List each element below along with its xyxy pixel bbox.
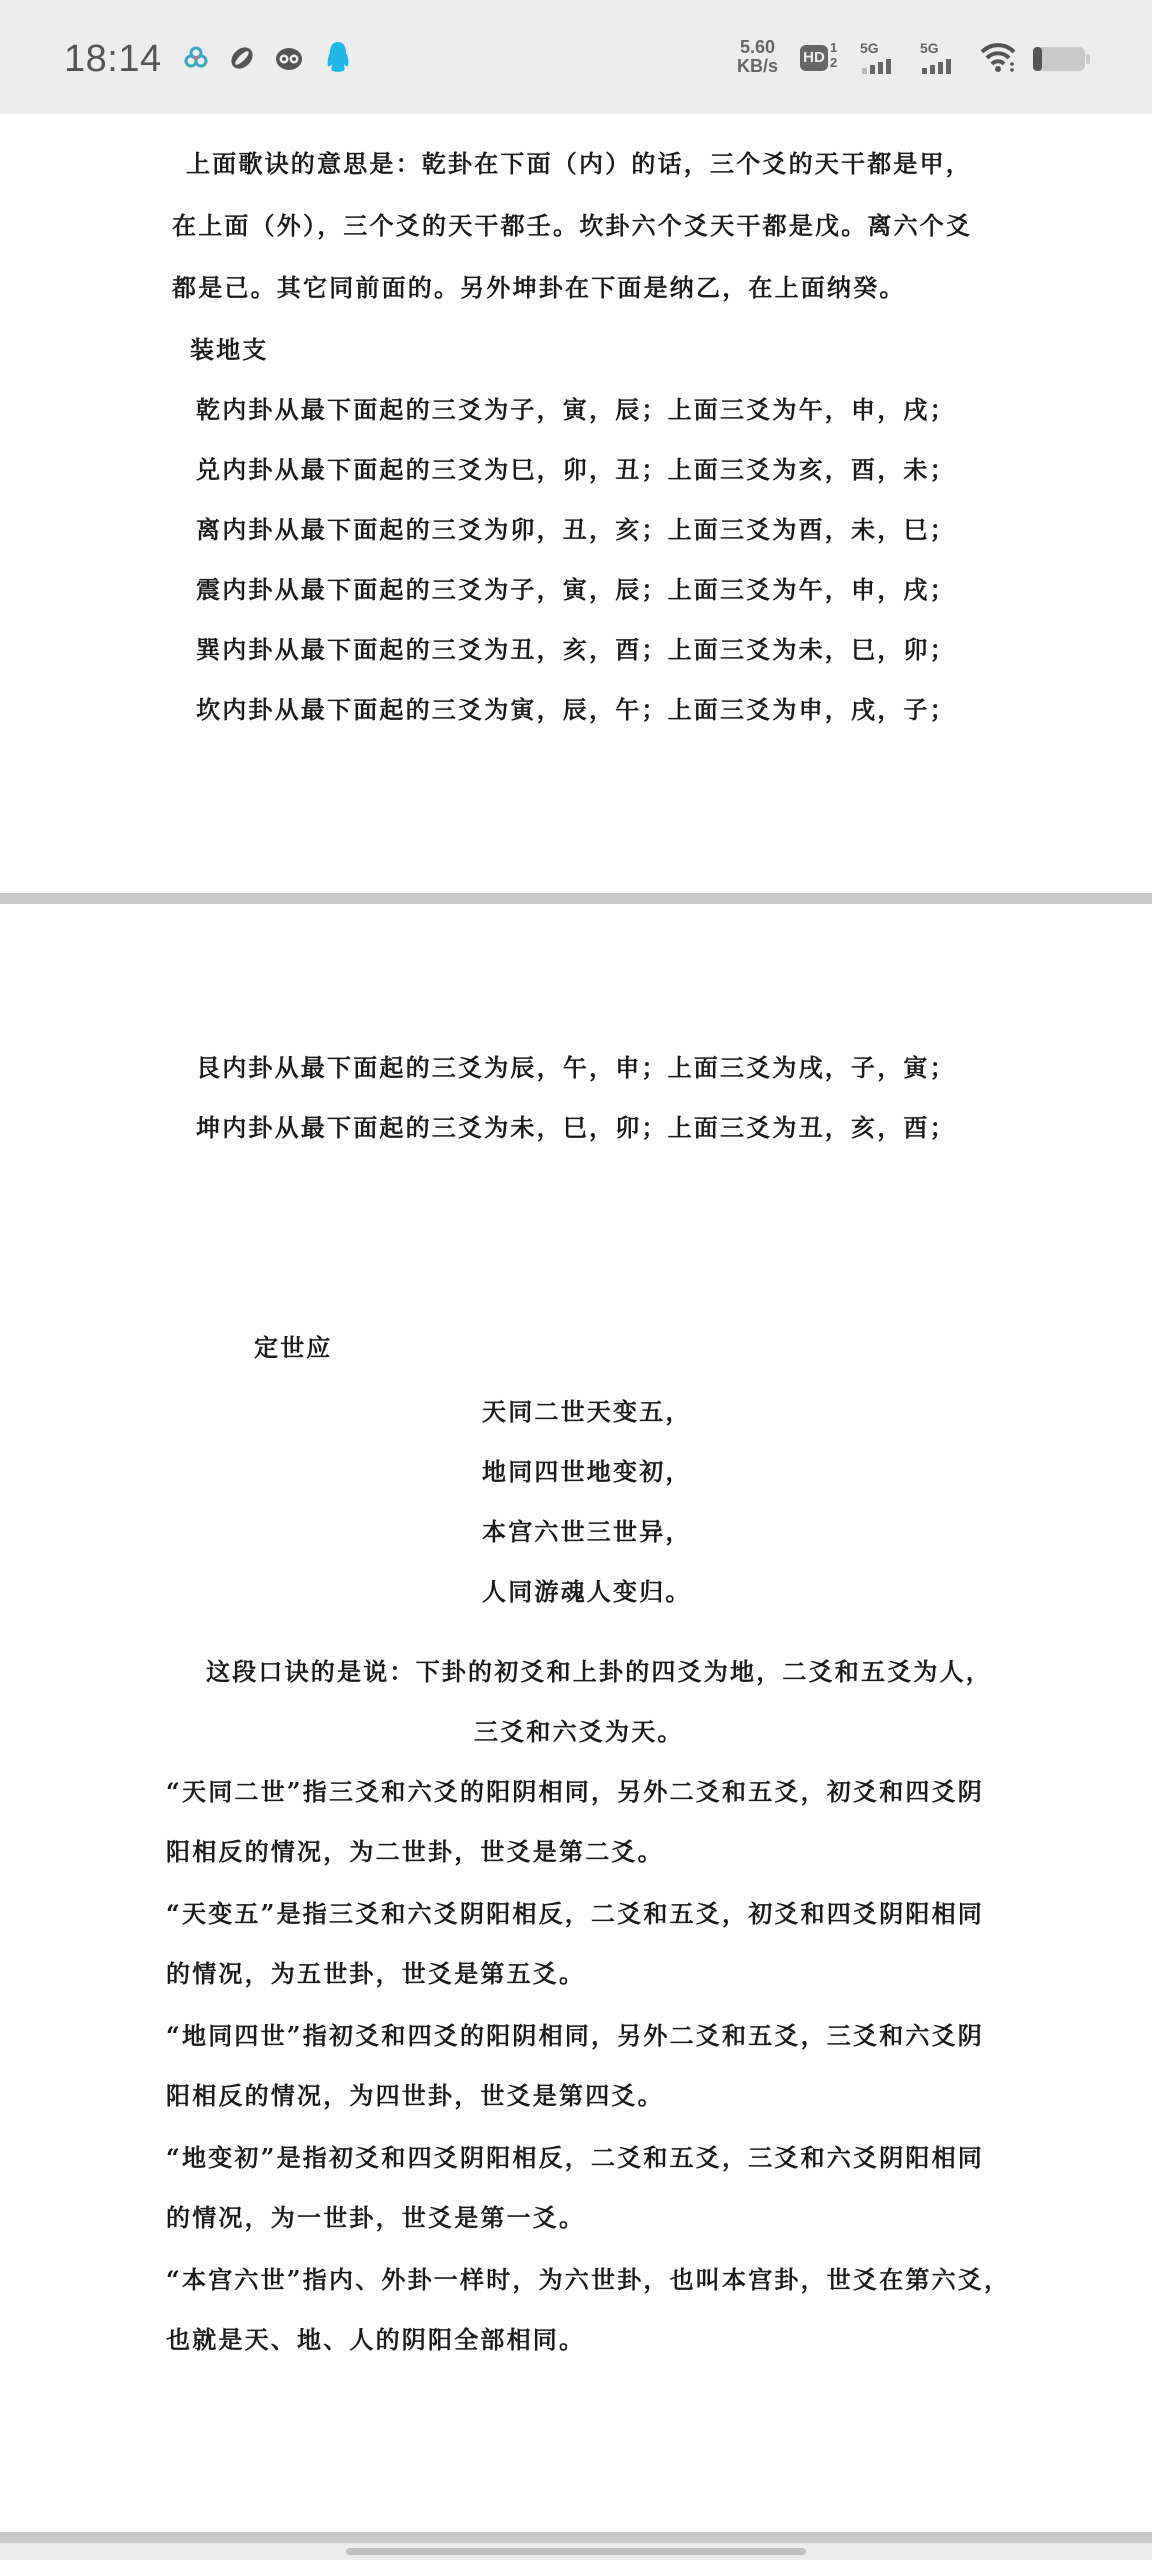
page-separator: [0, 2532, 1152, 2543]
sim2-signal-icon: 5G: [920, 40, 968, 74]
di-zhi-line: 震内卦从最下面起的三爻为子，寅，辰；上面三爻为午，申，戌；: [196, 570, 956, 605]
di-zhi-line: 乾内卦从最下面起的三爻为子，寅，辰；上面三爻为午，申，戌；: [196, 390, 956, 425]
explanation-line: 这段口诀的是说：下卦的初爻和上卦的四爻为地，二爻和五爻为人，: [206, 1652, 992, 1687]
sim2-label: 5G: [920, 40, 939, 56]
hd-sim-indicator: 1 2: [830, 40, 837, 70]
hd-volte-icon: HD: [800, 45, 828, 71]
net-speed-unit: KB/s: [737, 57, 778, 76]
definition-line: “本宫六世”指内、外卦一样时，为六世卦，也叫本宫卦，世爻在第六爻，: [166, 2260, 1010, 2295]
clock: 18:14: [64, 38, 162, 81]
verse-line: 地同四世地变初，: [482, 1452, 692, 1487]
paragraph-line: 都是己。其它同前面的。另外坤卦在下面是纳乙，在上面纳癸。: [172, 268, 906, 303]
definition-line: 阳相反的情况，为四世卦，世爻是第四爻。: [166, 2076, 664, 2111]
definition-line: “天同二世”指三爻和六爻的阳阴相同，另外二爻和五爻，初爻和四爻阴: [166, 1772, 984, 1807]
definition-line: “地变初”是指初爻和四爻阴阳相反，二爻和五爻，三爻和六爻阴阳相同: [166, 2138, 984, 2173]
document-page-1[interactable]: 上面歌诀的意思是：乾卦在下面（内）的话，三个爻的天干都是甲， 在上面（外），三个…: [0, 114, 1152, 893]
definition-line: 阳相反的情况，为二世卦，世爻是第二爻。: [166, 1832, 664, 1867]
definition-line: 的情况，为五世卦，世爻是第五爻。: [166, 1954, 585, 1989]
qq-penguin-icon: [324, 40, 352, 68]
section-heading-di-zhi: 装地支: [190, 330, 269, 365]
di-zhi-line: 离内卦从最下面起的三爻为卯，丑，亥；上面三爻为酉，未，巳；: [196, 510, 956, 545]
home-indicator[interactable]: [346, 2548, 806, 2555]
paragraph-line: 在上面（外），三个爻的天干都壬。坎卦六个爻天干都是戊。离六个爻: [172, 206, 972, 241]
di-zhi-line: 兑内卦从最下面起的三爻为巳，卯，丑；上面三爻为亥，酉，未；: [196, 450, 956, 485]
sim1-signal-icon: 5G: [860, 40, 908, 74]
document-page-2[interactable]: 艮内卦从最下面起的三爻为辰，午，申；上面三爻为戌，子，寅； 坤内卦从最下面起的三…: [0, 904, 1152, 2532]
network-speed: 5.60 KB/s: [737, 38, 778, 76]
definition-line: 的情况，为一世卦，世爻是第一爻。: [166, 2198, 585, 2233]
cloud-drive-icon: [182, 44, 210, 72]
page-separator: [0, 893, 1152, 904]
status-bar: 18:14 5.60 KB/s HD 1 2 5G 5G: [0, 0, 1152, 114]
explanation-line: 三爻和六爻为天。: [474, 1712, 684, 1747]
battery-icon: [1032, 46, 1092, 72]
definition-line: “地同四世”指初爻和四爻的阳阴相同，另外二爻和五爻，三爻和六爻阴: [166, 2016, 984, 2051]
verse-line: 人同游魂人变归。: [482, 1572, 692, 1607]
definition-line: “天变五”是指三爻和六爻阴阳相反，二爻和五爻，初爻和四爻阴阳相同: [166, 1894, 984, 1929]
verse-line: 本宫六世三世异，: [482, 1512, 692, 1547]
definition-line: 也就是天、地、人的阴阳全部相同。: [166, 2320, 585, 2355]
hd-sub-top: 1: [830, 40, 837, 55]
hd-sub-bottom: 2: [830, 55, 837, 70]
wifi-icon: [980, 42, 1016, 74]
di-zhi-line: 巽内卦从最下面起的三爻为丑，亥，酉；上面三爻为未，巳，卯；: [196, 630, 956, 665]
di-zhi-line: 坤内卦从最下面起的三爻为未，巳，卯；上面三爻为丑，亥，酉；: [196, 1108, 956, 1143]
sim1-label: 5G: [860, 40, 879, 56]
verse-line: 天同二世天变五，: [482, 1392, 692, 1427]
net-speed-value: 5.60: [737, 38, 778, 57]
section-heading-shi-ying: 定世应: [254, 1328, 333, 1363]
paragraph-line: 上面歌诀的意思是：乾卦在下面（内）的话，三个爻的天干都是甲，: [186, 144, 972, 179]
di-zhi-line: 坎内卦从最下面起的三爻为寅，辰，午；上面三爻为申，戌，子；: [196, 690, 956, 725]
di-zhi-line: 艮内卦从最下面起的三爻为辰，午，申；上面三爻为戌，子，寅；: [196, 1048, 956, 1083]
owl-app-icon: [274, 44, 302, 72]
browser-orbit-icon: [228, 44, 256, 72]
